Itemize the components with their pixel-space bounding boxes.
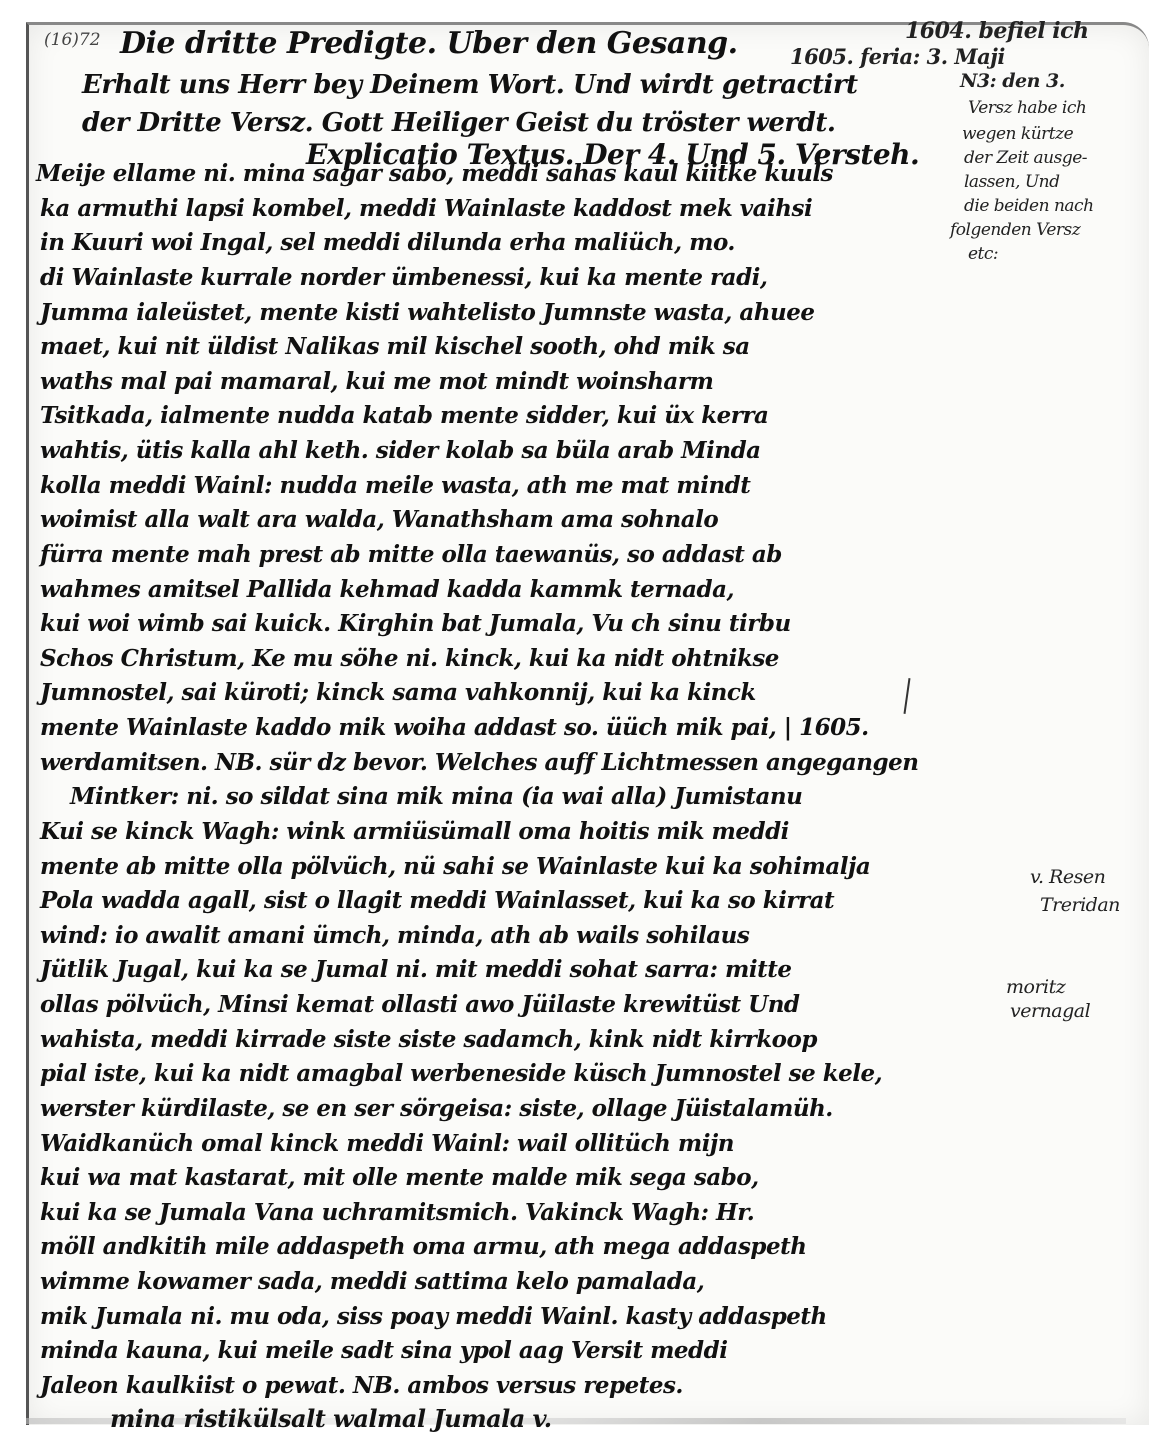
body-line: Jumnostel, sai küroti; kinck sama vahkon…: [40, 679, 756, 706]
margin-note: der Zeit ausge-: [964, 148, 1087, 168]
body-line: wahtis, ütis kalla ahl keth. sider kolab…: [40, 437, 761, 464]
header-year-1604: 1604. befiel ich: [905, 18, 1089, 44]
closing-line: mina ristikülsalt walmal Jumala v.: [110, 1404, 552, 1433]
body-line: Tsitkada, ialmente nudda katab mente sid…: [40, 402, 768, 429]
margin-note: moritz: [1006, 976, 1065, 998]
body-line: kolla meddi Wainl: nudda meile wasta, at…: [40, 472, 750, 499]
body-line: Jütlik Jugal, kui ka se Jumal ni. mit me…: [40, 956, 791, 983]
body-line: mente ab mitte olla pölvüch, nü sahi se …: [40, 853, 870, 880]
header-note: N3: den 3.: [960, 70, 1065, 92]
body-line: pial iste, kui ka nidt amagbal werbenesi…: [40, 1060, 882, 1087]
folio-number: (16)72: [44, 30, 101, 50]
body-line: werdamitsen. NB. sür dz bevor. Welches a…: [40, 749, 918, 776]
body-line: maet, kui nit üldist Nalikas mil kischel…: [40, 333, 750, 360]
body-line: Waidkanüch omal kinck meddi Wainl: wail …: [40, 1130, 734, 1157]
sermon-title: Die dritte Predigte. Uber den Gesang.: [120, 26, 738, 61]
body-line: wind: io awalit amani ümch, minda, ath a…: [40, 922, 749, 949]
body-line: kui wa mat kastarat, mit olle mente mald…: [40, 1164, 759, 1191]
margin-note: v. Resen: [1030, 866, 1105, 888]
margin-note: die beiden nach: [964, 196, 1094, 216]
body-line: kui ka se Jumala Vana uchramitsmich. Vak…: [40, 1199, 754, 1226]
body-line: Meije ellame ni. mina sagar sabo, meddi …: [36, 160, 833, 187]
body-line: minda kauna, kui meile sadt sina ypol aa…: [40, 1337, 727, 1364]
body-line: woimist alla walt ara walda, Wanathsham …: [40, 506, 718, 533]
body-line: di Wainlaste kurrale norder ümbenessi, k…: [40, 264, 767, 291]
body-line: wimme kowamer sada, meddi sattima kelo p…: [40, 1268, 704, 1295]
body-line: kui woi wimb sai kuick. Kirghin bat Juma…: [40, 610, 791, 637]
body-line: Schos Christum, Ke mu söhe ni. kinck, ku…: [40, 645, 779, 672]
body-line: Mintker: ni. so sildat sina mik mina (ia…: [70, 783, 802, 810]
body-line: wahista, meddi kirrade siste siste sadam…: [40, 1026, 817, 1053]
body-line: möll andkitih mile addaspeth oma armu, a…: [40, 1233, 806, 1260]
body-line: Jaleon kaulkiist o pewat. NB. ambos vers…: [40, 1372, 683, 1399]
body-line: fürra mente mah prest ab mitte olla taew…: [40, 541, 782, 568]
body-line: ollas pölvüch, Minsi kemat ollasti awo J…: [40, 991, 800, 1018]
body-line: werster kürdilaste, se en ser sörgeisa: …: [40, 1095, 833, 1122]
body-line: ka armuthi lapsi kombel, meddi Wainlaste…: [40, 195, 812, 222]
margin-note: lassen, Und: [964, 172, 1060, 192]
margin-note: Versz habe ich: [968, 98, 1086, 118]
sermon-verse-line: der Dritte Versz. Gott Heiliger Geist du…: [82, 108, 835, 138]
margin-note: folgenden Versz: [950, 220, 1080, 240]
body-line: in Kuuri woi Ingal, sel meddi dilunda er…: [40, 229, 735, 256]
margin-note: wegen kürtze: [962, 124, 1073, 144]
body-line: Kui se kinck Wagh: wink armiüsümall oma …: [40, 818, 789, 845]
sermon-subtitle: Erhalt uns Herr bey Deinem Wort. Und wir…: [82, 70, 858, 100]
body-line: wahmes amitsel Pallida kehmad kadda kamm…: [40, 576, 734, 603]
margin-note: etc:: [968, 244, 998, 264]
body-line: waths mal pai mamaral, kui me mot mindt …: [40, 368, 713, 395]
body-line: Pola wadda agall, sist o llagit meddi Wa…: [40, 887, 834, 914]
body-line: mik Jumala ni. mu oda, siss poay meddi W…: [40, 1303, 827, 1330]
margin-note: vernagal: [1010, 1000, 1090, 1022]
body-line: Jumma ialeüstet, mente kisti wahtelisto …: [40, 299, 814, 326]
margin-note: Treridan: [1040, 894, 1120, 916]
header-year-1605: 1605. feria: 3. Maji: [790, 44, 1005, 69]
body-line: mente Wainlaste kaddo mik woiha addast s…: [40, 714, 869, 741]
